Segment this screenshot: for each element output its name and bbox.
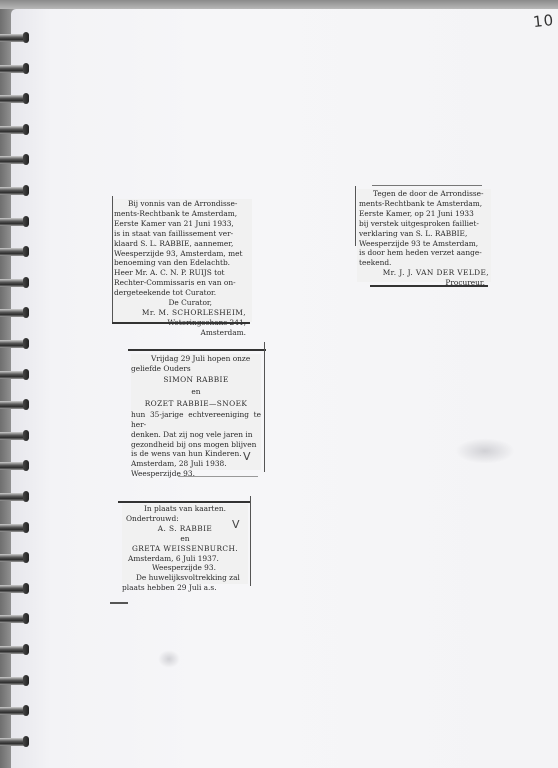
spiral-ring <box>0 585 27 593</box>
curator-name: Mr. M. SCHORLESHEIM, <box>114 308 250 318</box>
bankruptcy-text-line: Heer Mr. A. C. N. P. RUIJS tot <box>114 268 250 278</box>
objection-text-line: verklaring van S. L. RABBIE, <box>359 229 489 239</box>
objection-text-line: bij verstek uitgesproken failliet- <box>359 219 489 229</box>
objection-text-line: teekend. <box>359 258 489 268</box>
spiral-ring <box>0 677 27 685</box>
scrapbook-page <box>11 9 558 768</box>
procurator-title: Procureur. <box>359 278 489 288</box>
engagement-and: en <box>122 534 248 544</box>
spiral-ring <box>0 309 27 317</box>
engagement-note-1: De huwelijksvoltrekking zal <box>122 573 248 583</box>
spiral-ring <box>0 279 27 287</box>
clipping-rule <box>372 185 482 186</box>
clipping-edge <box>250 496 251 586</box>
objection-text-line: Eerste Kamer, op 21 Juni 1933 <box>359 209 489 219</box>
bankruptcy-text-line: Weesperzijde 93, Amsterdam, met <box>114 249 250 259</box>
stray-mark <box>110 602 128 604</box>
spiral-ring <box>0 371 27 379</box>
anniversary-text-line: hun 35-jarige echtvereeniging te her- <box>131 410 261 430</box>
bankruptcy-text-line: benoeming van den Edelachtb. <box>114 258 250 268</box>
clipping-objection-notice: Tegen de door de Arrondisse-ments-Rechtb… <box>357 189 491 282</box>
spiral-ring <box>0 738 27 746</box>
spiral-ring <box>0 65 27 73</box>
spiral-ring <box>0 401 27 409</box>
clipping-rule <box>112 322 250 324</box>
handwritten-check-mark: V <box>243 450 251 463</box>
anniversary-intro: Vrijdag 29 Juli hopen onze <box>131 354 261 364</box>
bankruptcy-text-line: ments-Rechtbank te Amsterdam, <box>114 209 250 219</box>
engagement-label: Ondertrouwd: <box>122 514 248 524</box>
clipping-rule <box>178 476 258 477</box>
procurator-name: Mr. J. J. VAN DER VELDE, <box>359 268 489 278</box>
anniversary-intro-2: geliefde Ouders <box>131 364 261 374</box>
anniversary-and: en <box>131 386 261 398</box>
anniversary-name-1: SIMON RABBIE <box>131 374 261 386</box>
spiral-ring <box>0 493 27 501</box>
clipping-rule <box>118 501 250 503</box>
clipping-edge <box>264 342 265 472</box>
bankruptcy-text-line: Bij vonnis van de Arrondisse- <box>114 199 250 209</box>
clipping-edge <box>355 186 356 246</box>
clipping-edge <box>112 196 113 324</box>
spiral-ring <box>0 462 27 470</box>
spiral-ring <box>0 248 27 256</box>
smudge-mark <box>455 438 515 464</box>
handwritten-page-number: 10 <box>532 11 555 31</box>
spiral-ring <box>0 646 27 654</box>
bankruptcy-text-line: is in staat van faillissement ver- <box>114 229 250 239</box>
bankruptcy-text-line: klaard S. L. RABBIE, aannemer, <box>114 239 250 249</box>
clipping-bankruptcy-notice: Bij vonnis van de Arrondisse-ments-Recht… <box>112 199 252 322</box>
curator-city: Amsterdam. <box>114 328 250 338</box>
spiral-ring <box>0 340 27 348</box>
anniversary-text-line: gezondheid bij ons mogen blijven <box>131 440 261 450</box>
spiral-ring <box>0 707 27 715</box>
anniversary-place-date: Amsterdam, 28 Juli 1938. <box>131 459 261 469</box>
scan-background-top <box>0 0 558 9</box>
bankruptcy-text-line: Eerste Kamer van 21 Juni 1933, <box>114 219 250 229</box>
spiral-ring <box>0 524 27 532</box>
objection-text-line: Tegen de door de Arrondisse- <box>359 189 489 199</box>
clipping-rule <box>128 349 266 351</box>
objection-text-line: Weesperzijde 93 te Amsterdam, <box>359 239 489 249</box>
spiral-ring <box>0 156 27 164</box>
clipping-engagement-notice: In plaats van kaarten. Ondertrouwd: A. S… <box>122 504 248 584</box>
engagement-heading: In plaats van kaarten. <box>122 504 248 514</box>
curator-title: De Curator, <box>114 298 250 308</box>
objection-text-line: ments-Rechtbank te Amsterdam, <box>359 199 489 209</box>
handwritten-check-mark: V <box>232 518 240 531</box>
engagement-address: Weesperzijde 93. <box>122 563 248 573</box>
anniversary-address: Weesperzijde 93. <box>131 469 261 479</box>
spiral-ring <box>0 615 27 623</box>
spiral-ring <box>0 126 27 134</box>
objection-text-line: is door hem heden verzet aange- <box>359 248 489 258</box>
spiral-ring <box>0 187 27 195</box>
engagement-note-2: plaats hebben 29 Juli a.s. <box>122 583 248 593</box>
bankruptcy-text-line: dergeteekende tot Curator. <box>114 288 250 298</box>
engagement-place-date: Amsterdam, 6 Juli 1937. <box>122 554 248 564</box>
spiral-ring <box>0 432 27 440</box>
anniversary-text-line: is de wens van hun Kinderen. <box>131 449 261 459</box>
clipping-rule <box>370 285 488 287</box>
smudge-mark <box>158 650 180 668</box>
clipping-anniversary-notice: Vrijdag 29 Juli hopen onze geliefde Oude… <box>131 354 261 470</box>
spiral-ring <box>0 95 27 103</box>
engagement-name-1: A. S. RABBIE <box>122 524 248 534</box>
bankruptcy-text-line: Rechter-Commissaris en van on- <box>114 278 250 288</box>
anniversary-name-2: ROZET RABBIE—SNOEK <box>131 398 261 410</box>
engagement-name-2: GRETA WEISSENBURCH. <box>122 544 248 554</box>
spiral-ring <box>0 218 27 226</box>
anniversary-text-line: denken. Dat zij nog vele jaren in <box>131 430 261 440</box>
spiral-ring <box>0 554 27 562</box>
spiral-ring <box>0 34 27 42</box>
